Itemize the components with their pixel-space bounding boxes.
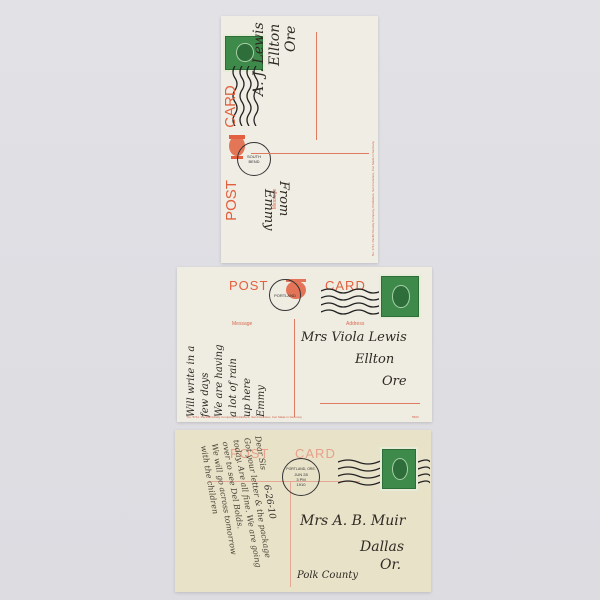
message-line-5: up here xyxy=(241,345,255,418)
postmark: SOUTHBEND xyxy=(237,142,271,176)
cancellation-lines xyxy=(321,287,381,317)
message-label: Message xyxy=(232,321,252,327)
message-line-2: Emmy xyxy=(261,181,276,231)
stamp-portrait xyxy=(392,458,408,480)
address-handwriting: Mrs A. B. Muir Dallas Or. xyxy=(300,508,405,578)
message-handwriting: From Emmy xyxy=(261,181,291,231)
postcard-1: CARD POST SOUTHBEND Message A. J. Lewis … xyxy=(221,16,378,263)
postcard-3: POST CARD PORTLAND, ORE. JUN 28 3 PM 191… xyxy=(175,430,431,592)
address-line-1: Mrs Viola Lewis xyxy=(297,327,407,349)
address-line-1: Mrs A. B. Muir xyxy=(300,508,405,534)
postage-stamp xyxy=(379,274,421,319)
address-line-1: A. J. Lewis xyxy=(251,16,267,96)
divider-line xyxy=(290,482,291,587)
message-line-4: a lot of rain xyxy=(227,345,241,418)
post-card-heading-post: POST xyxy=(223,180,240,221)
message-line-1: Will write in a xyxy=(185,345,199,418)
address-line-3: Ore xyxy=(283,16,299,96)
message-handwriting: Will write in a few days We are having a… xyxy=(185,345,269,418)
postage-stamp xyxy=(380,447,418,491)
address-handwriting: Mrs Viola Lewis Ellton Ore xyxy=(297,327,407,393)
address-line-2: Ellton xyxy=(297,349,407,371)
county-line: Polk County xyxy=(297,570,358,581)
post-card-heading-post: POST xyxy=(229,278,268,293)
message-line-2: few days xyxy=(199,345,213,418)
publisher-footer: No. 1711. Pacific Novelty Company, Publi… xyxy=(371,141,375,256)
postmark: PORTLAND, ORE. JUN 28 3 PM 1910 xyxy=(282,458,320,496)
postmark: PORTLAND xyxy=(269,279,301,311)
message-handwriting: Dear Sis Got your letter & the package t… xyxy=(198,435,285,574)
publisher-footer: No. 5711. Pacific Novelty Company, Publi… xyxy=(187,415,302,419)
message-line-3: We are having xyxy=(213,345,227,418)
divider-line xyxy=(294,319,295,417)
address-line-2: Ellton xyxy=(267,16,283,96)
stamp-portrait xyxy=(392,285,409,308)
post-card-heading-card: CARD xyxy=(222,85,239,128)
address-handwriting: A. J. Lewis Ellton Ore xyxy=(251,16,299,96)
address-line xyxy=(320,403,420,404)
address-line-3: Ore xyxy=(297,371,407,393)
address-line xyxy=(316,32,317,140)
divider-line xyxy=(251,153,369,154)
card-code: 5603 xyxy=(412,415,419,419)
postcard-2: POST CARD PORTLAND Message Address Mrs V… xyxy=(177,267,432,422)
message-line-1: From xyxy=(276,181,291,231)
message-line-6: Emmy xyxy=(255,345,269,418)
postmark-year: 1910 xyxy=(297,482,306,487)
